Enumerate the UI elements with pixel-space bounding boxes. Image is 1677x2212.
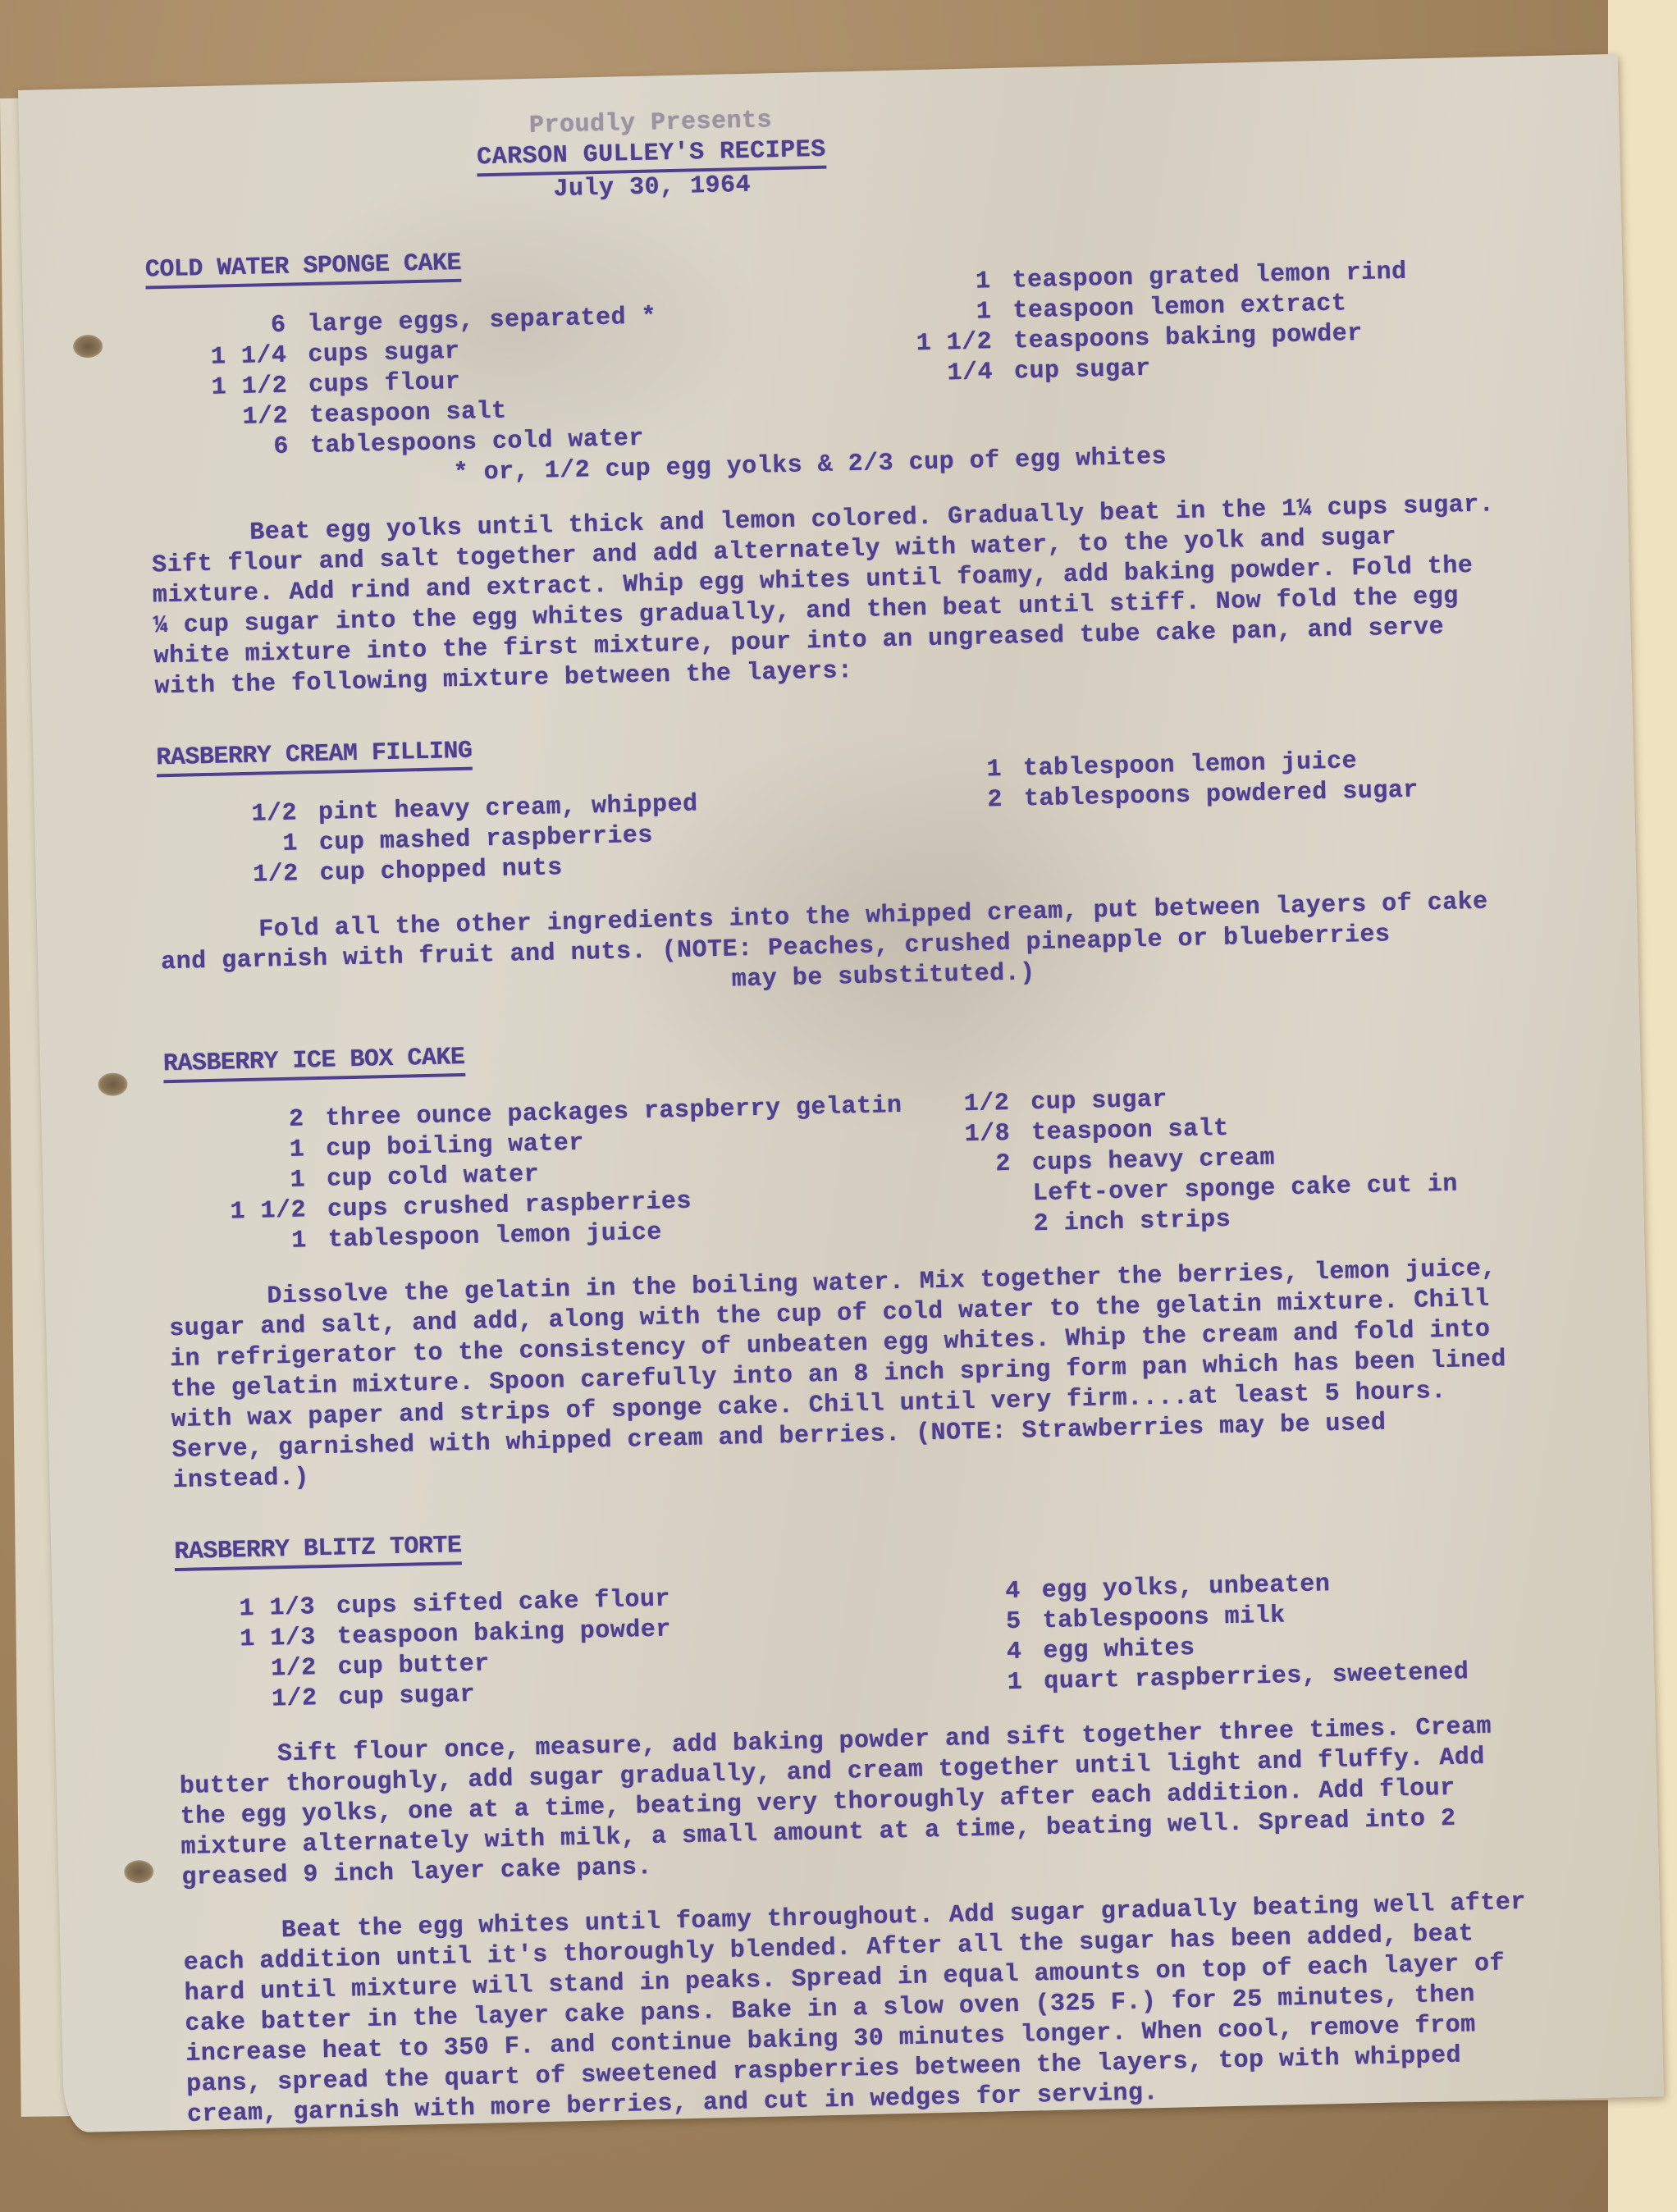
recipe-page: Proudly Presents CARSON GULLEY'S RECIPES…: [18, 54, 1664, 2133]
ingredients-left: 2three ounce packages raspberry gelatin1…: [164, 1091, 906, 1259]
recipe-title: RASBERRY CREAM FILLING: [156, 737, 473, 778]
ingredient-qty: 6: [146, 310, 308, 344]
directions-note-tail: may be substituted.): [162, 948, 1507, 1008]
recipe: COLD WATER SPONGE CAKE 6large eggs, sepa…: [145, 224, 1550, 702]
ingredient-name: egg whites: [1043, 1634, 1195, 1667]
ingredient-name: 2 inch strips: [1033, 1205, 1231, 1240]
ingredient-qty: 1: [158, 829, 320, 862]
recipe: RASBERRY CREAM FILLING 1/2pint heavy cre…: [156, 712, 1556, 1008]
punch-hole-icon: [73, 335, 103, 359]
ingredient-qty: 1 1/2: [167, 1195, 328, 1229]
ingredient-name: cup butter: [337, 1649, 490, 1683]
ingredient-grid: 6large eggs, separated *1 1/4cups sugar1…: [146, 282, 1544, 466]
ingredient-grid: 1/2pint heavy cream, whipped1cup mashed …: [158, 770, 1554, 893]
ingredient-qty: 1: [895, 754, 1024, 788]
ingredient-name: teaspoon salt: [309, 397, 507, 432]
recipe-title: RASBERRY ICE BOX CAKE: [163, 1043, 465, 1083]
ingredient-name: cup cold water: [327, 1160, 540, 1195]
ingredients-right: 1tablespoon lemon juice2tablespoons powd…: [895, 743, 1554, 876]
directions-paragraph: Fold all the other ingredients into the …: [160, 887, 1507, 1008]
ingredient-qty: 1: [165, 1135, 327, 1168]
ingredient-qty: 4: [915, 1637, 1044, 1670]
ingredient-name: tablespoons milk: [1042, 1601, 1286, 1637]
ingredient-qty: 1/2: [158, 798, 319, 832]
punch-hole-icon: [98, 1072, 128, 1096]
recipe: RASBERRY ICE BOX CAKE 2three ounce packa…: [163, 1018, 1568, 1497]
ingredients-right: 1teaspoon grated lemon rind1teaspoon lem…: [884, 254, 1544, 449]
recipe-list: COLD WATER SPONGE CAKE 6large eggs, sepa…: [145, 224, 1582, 2131]
recipe: RASBERRY BLITZ TORTE 1 1/3cups sifted ca…: [174, 1506, 1582, 2131]
page-content: Proudly Presents CARSON GULLEY'S RECIPES…: [142, 89, 1582, 2131]
ingredient-qty: 1 1/2: [148, 371, 309, 404]
ingredient-qty: [905, 1209, 1034, 1243]
ingredient-qty: 1 1/3: [176, 1593, 337, 1626]
ingredients-right: 4egg yolks, unbeaten5tablespoons milk4eg…: [913, 1565, 1572, 1701]
ingredient-qty: [904, 1179, 1033, 1213]
ingredient-qty: 1/8: [903, 1118, 1032, 1152]
ingredient-name: cup sugar: [1014, 354, 1151, 388]
ingredient-qty: 1: [916, 1667, 1044, 1701]
directions-paragraph: Beat egg yolks until thick and lemon col…: [151, 490, 1501, 702]
ingredient-qty: 4: [913, 1576, 1042, 1610]
ingredient-qty: 1/2: [177, 1684, 339, 1717]
ingredient-name: cups flour: [308, 368, 461, 401]
ingredients-left: 1 1/3cups sifted cake flour1 1/3teaspoon…: [176, 1579, 916, 1717]
recipe-title: COLD WATER SPONGE CAKE: [145, 249, 462, 290]
ingredients-right: 1/2cup sugar1/8teaspoon salt2cups heavy …: [902, 1076, 1562, 1243]
ingredient-name: teaspoon salt: [1031, 1114, 1229, 1149]
ingredient-qty: 2: [164, 1104, 326, 1138]
ingredient-qty: 1/2: [149, 401, 310, 435]
ingredient-name: cups sugar: [308, 337, 460, 371]
punch-hole-icon: [124, 1860, 154, 1884]
ingredient-qty: 2: [904, 1149, 1033, 1182]
ingredient-qty: 1/2: [158, 859, 320, 893]
ingredient-qty: 1: [166, 1165, 327, 1199]
ingredient-qty: 1: [884, 267, 1012, 300]
ingredient-grid: 1 1/3cups sifted cake flour1 1/3teaspoon…: [176, 1565, 1573, 1718]
ingredient-qty: 1/4: [886, 358, 1015, 391]
ingredient-name: cup sugar: [1030, 1085, 1168, 1119]
ingredient-qty: 1 1/2: [885, 327, 1014, 361]
ingredient-qty: 1: [884, 297, 1013, 331]
ingredient-qty: 1/2: [902, 1088, 1031, 1122]
ingredient-qty: 6: [149, 432, 311, 465]
ingredient-qty: 1 1/3: [176, 1623, 338, 1657]
recipe-title: RASBERRY BLITZ TORTE: [174, 1531, 462, 1571]
directions-paragraph: Beat the egg whites until foamy througho…: [183, 1888, 1533, 2131]
ingredient-name: tablespoon lemon juice: [327, 1218, 662, 1256]
directions-paragraph: Dissolve the gelatin in the boiling wate…: [168, 1254, 1518, 1497]
directions-paragraph: Sift flour once, measure, add baking pow…: [179, 1712, 1528, 1894]
ingredient-qty: 2: [896, 784, 1025, 818]
ingredient-qty: 1 1/4: [147, 340, 308, 374]
ingredient-name: cup sugar: [338, 1680, 475, 1714]
ingredient-name: cup chopped nuts: [319, 853, 563, 889]
ingredient-qty: 1: [167, 1226, 329, 1259]
ingredient-qty: 5: [914, 1606, 1043, 1640]
ingredients-left: 6large eggs, separated *1 1/4cups sugar1…: [146, 297, 888, 465]
ingredient-qty: 1/2: [176, 1653, 338, 1687]
ingredient-grid: 2three ounce packages raspberry gelatin1…: [164, 1076, 1562, 1260]
ingredient-name: cup boiling water: [326, 1129, 584, 1165]
page-header: Proudly Presents CARSON GULLEY'S RECIPES…: [240, 99, 1062, 213]
ingredients-left: 1/2pint heavy cream, whipped1cup mashed …: [158, 785, 898, 893]
